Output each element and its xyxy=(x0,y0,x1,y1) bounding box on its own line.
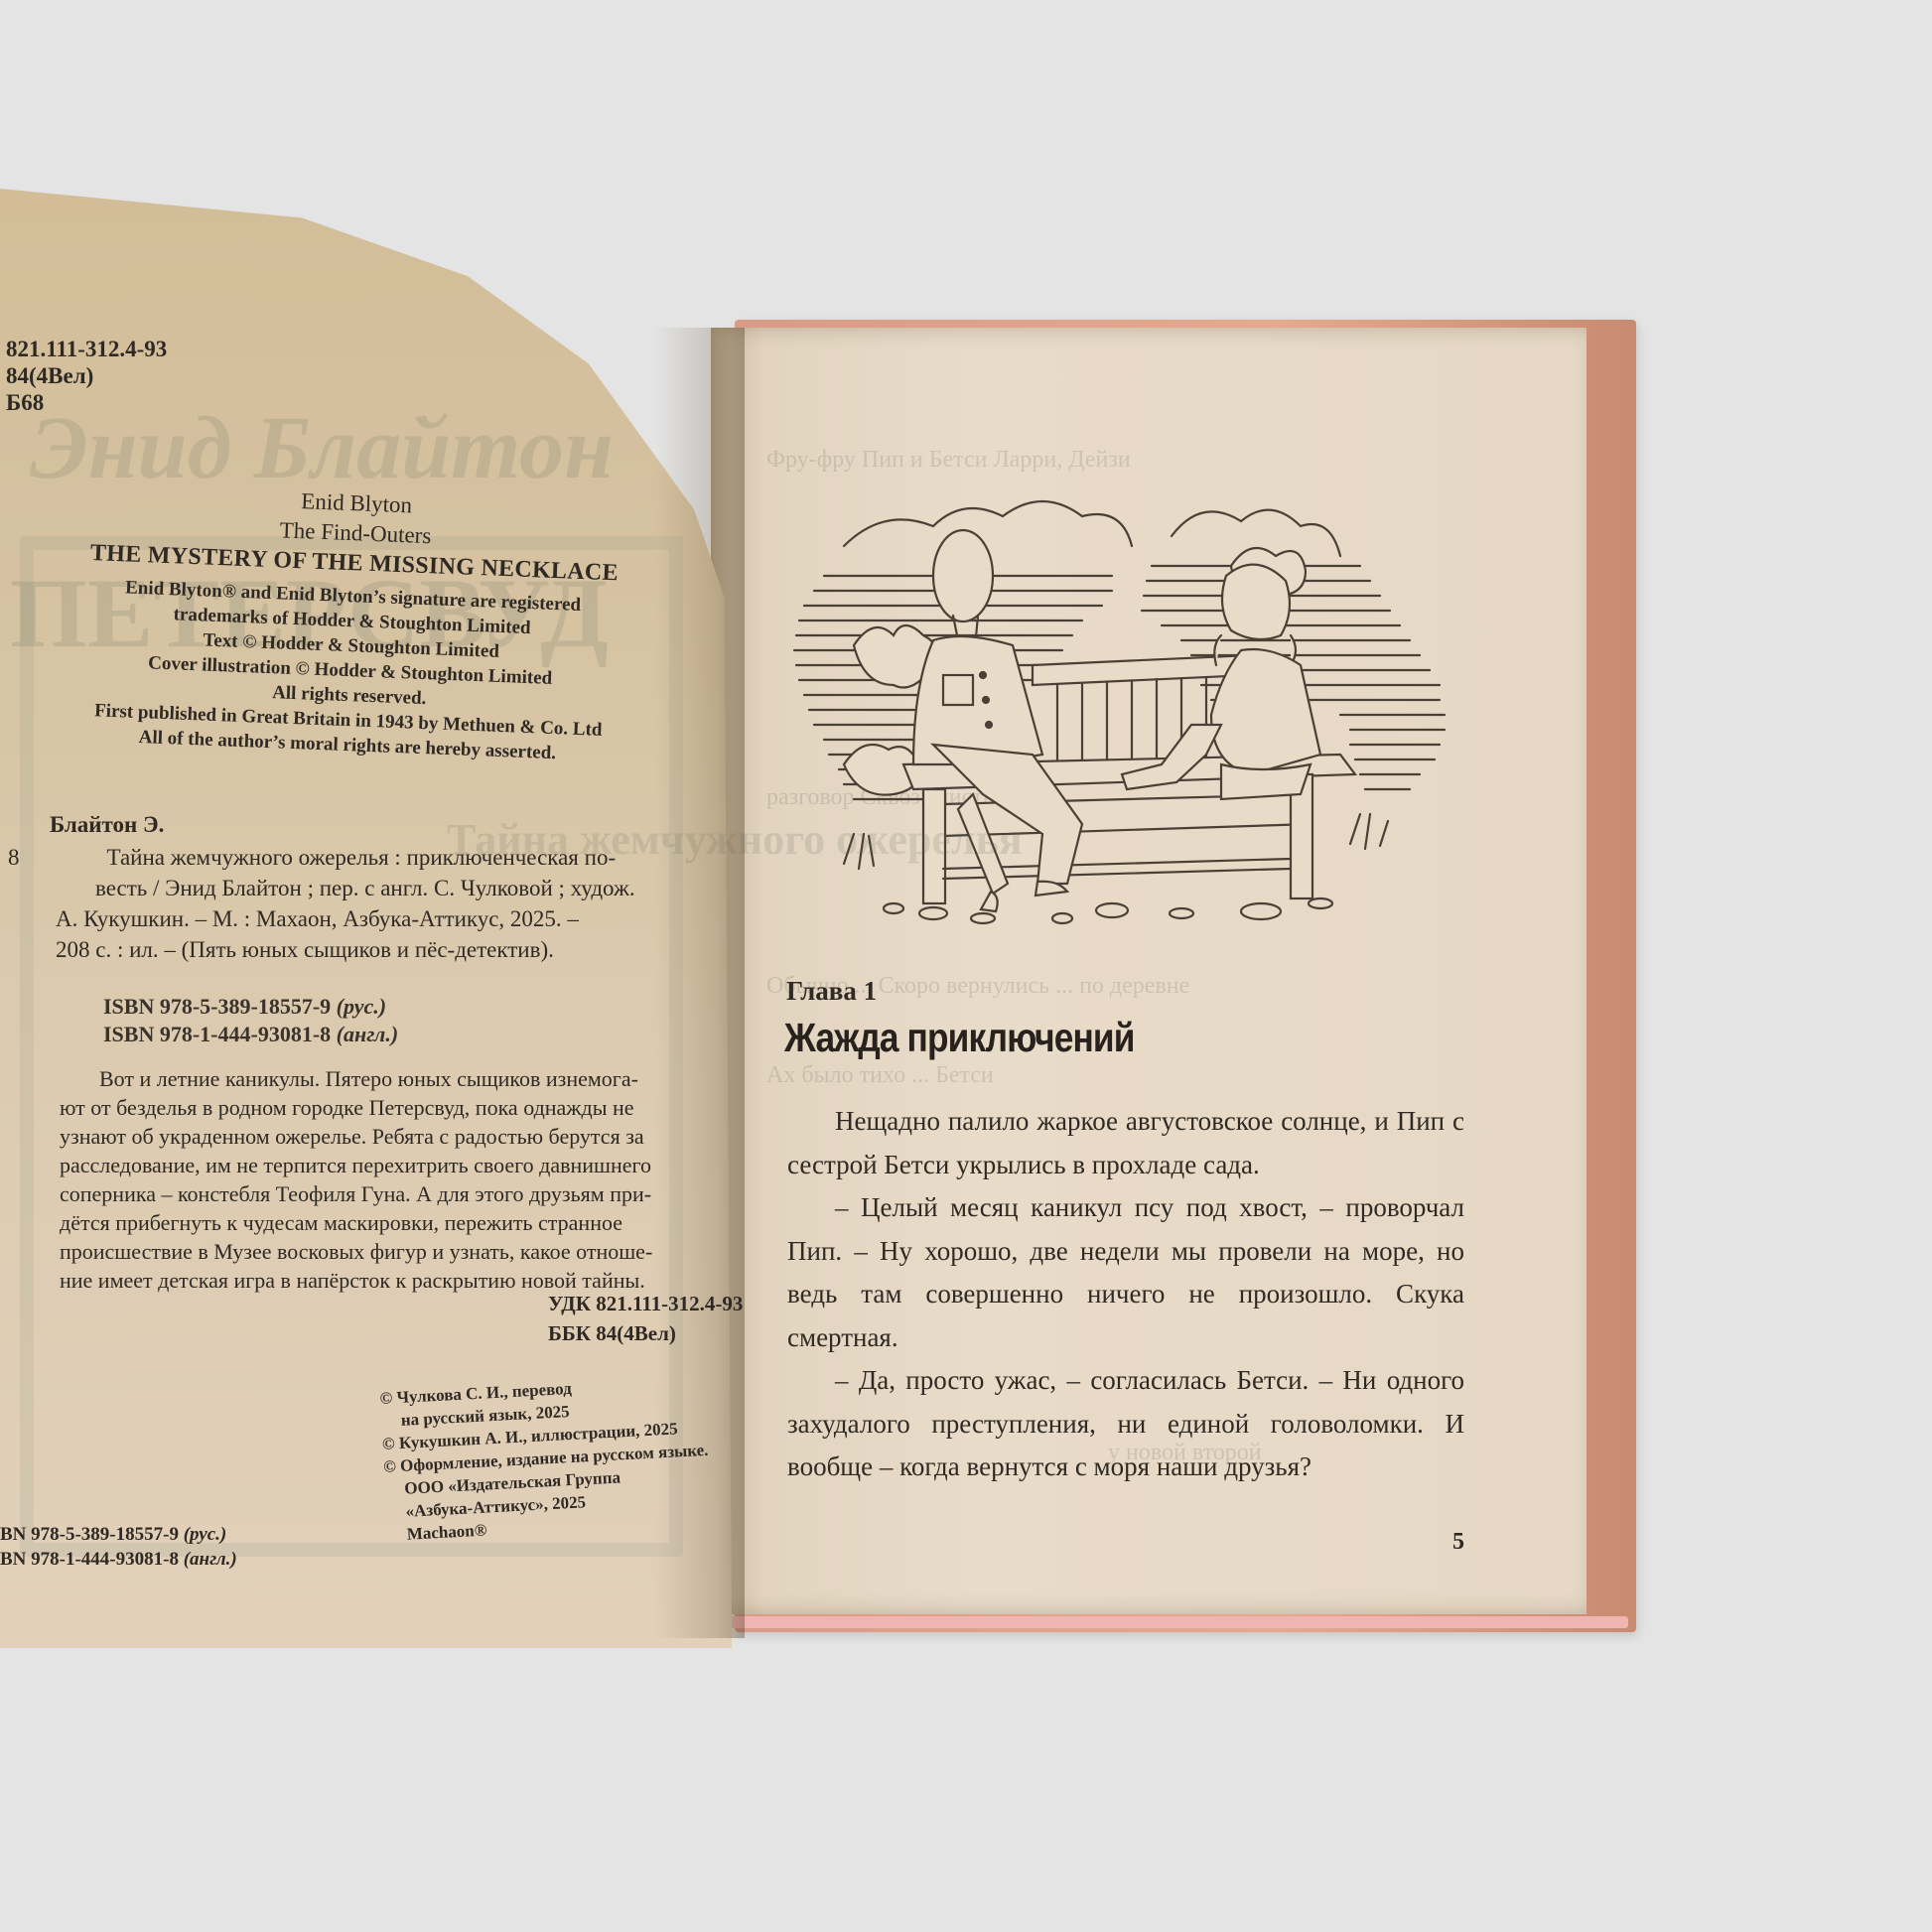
isbn-bottom-block: BN 978-5-389-18557-9 (рус.) BN 978-1-444… xyxy=(0,1522,237,1572)
paragraph: – Да, просто ужас, – согласилась Бетси. … xyxy=(787,1359,1464,1489)
copyright-block: © Чулкова С. И., перевод на русский язык… xyxy=(379,1370,713,1547)
chapter-body: Нещадно палило жаркое августовское солнц… xyxy=(787,1100,1464,1489)
bbk-code: ББК 84(4Вел) xyxy=(548,1318,743,1348)
page-number: 5 xyxy=(1452,1529,1464,1556)
annotation: Вот и летние каникулы. Пятеро юных сыщик… xyxy=(60,1064,715,1295)
paragraph: Нещадно палило жаркое августовское солнц… xyxy=(787,1100,1464,1186)
chapter-label: Глава 1 xyxy=(786,976,877,1007)
book-cover-edge xyxy=(715,1616,1628,1628)
udk-code: УДК 821.111-312.4-93 xyxy=(548,1289,743,1318)
classification-codes: 821.111-312.4-93 84(4Вел) Б68 xyxy=(6,336,167,416)
original-edition-info: Enid Blyton The Find-Outers THE MYSTERY … xyxy=(30,477,675,769)
udk-bbk-codes: УДК 821.111-312.4-93 ББК 84(4Вел) xyxy=(548,1289,743,1348)
paragraph: – Целый месяц каникул псу под хвост, – п… xyxy=(787,1186,1464,1359)
catalog-entry: 8Тайна жемчужного ожерелья : приключенче… xyxy=(8,842,693,965)
chapter-title: Жажда приключений xyxy=(784,1015,1135,1061)
catalog-author-heading: Блайтон Э. xyxy=(50,812,164,838)
isbn-block: ISBN 978-5-389-18557-9 (рус.) ISBN 978-1… xyxy=(103,993,398,1048)
